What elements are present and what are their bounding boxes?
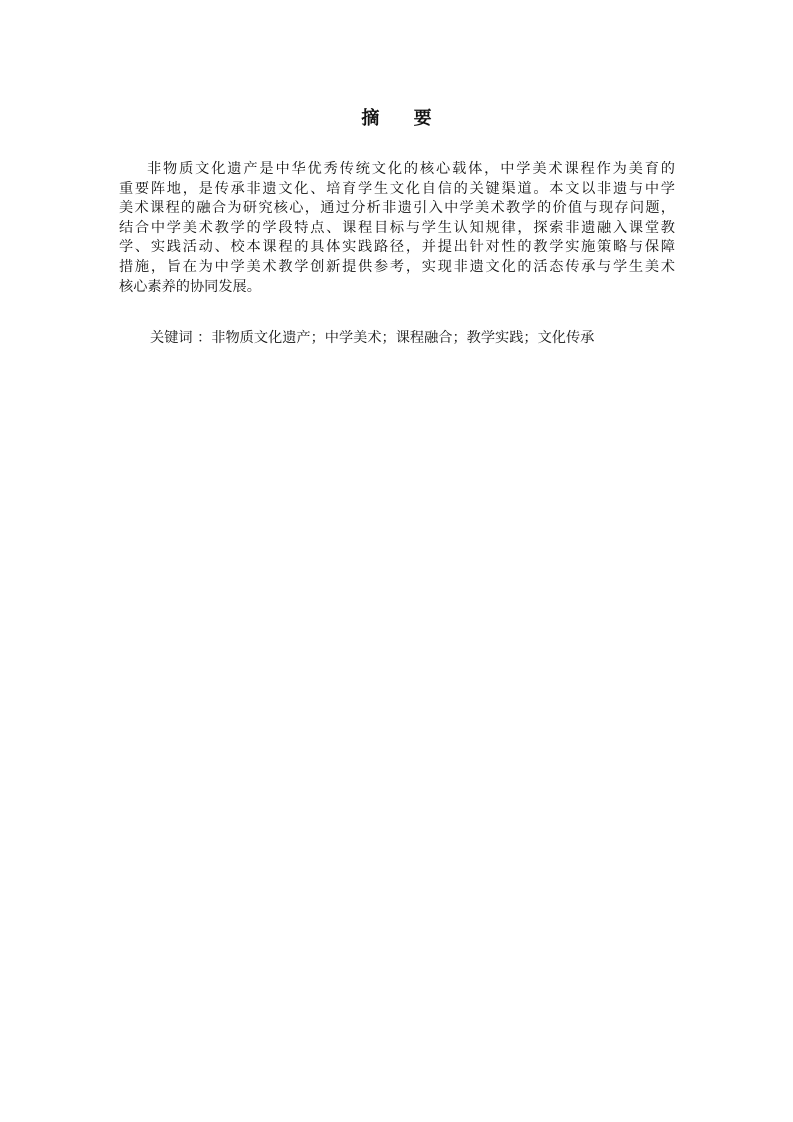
keywords-label: 关键词 ： (150, 330, 211, 346)
abstract-line: 非物质文化遗产是中华优秀传统文化的核心载体，中学美术课程作为美育的 (119, 160, 675, 180)
keywords-text: 非物质文化遗产；中学美术；课程融合；教学实践；文化传承 (211, 330, 594, 346)
abstract-body: 非物质文化遗产是中华优秀传统文化的核心载体，中学美术课程作为美育的 重要阵地，是… (119, 160, 675, 297)
abstract-title: 摘 要 (0, 104, 793, 130)
abstract-line: 结合中学美术教学的学段特点、课程目标与学生认知规律，探索非遗融入课堂教 (119, 219, 675, 239)
abstract-line: 措施，旨在为中学美术教学创新提供参考，实现非遗文化的活态传承与学生美术 (119, 258, 675, 278)
keywords: 关键词 ：非物质文化遗产；中学美术；课程融合；教学实践；文化传承 (150, 329, 594, 349)
abstract-line: 美术课程的融合为研究核心，通过分析非遗引入中学美术教学的价值与现存问题， (119, 199, 675, 219)
abstract-line: 学、实践活动、校本课程的具体实践路径，并提出针对性的教学实施策略与保障 (119, 238, 675, 258)
abstract-line: 重要阵地，是传承非遗文化、培育学生文化自信的关键渠道。本文以非遗与中学 (119, 180, 675, 200)
abstract-line: 核心素养的协同发展。 (119, 278, 675, 298)
